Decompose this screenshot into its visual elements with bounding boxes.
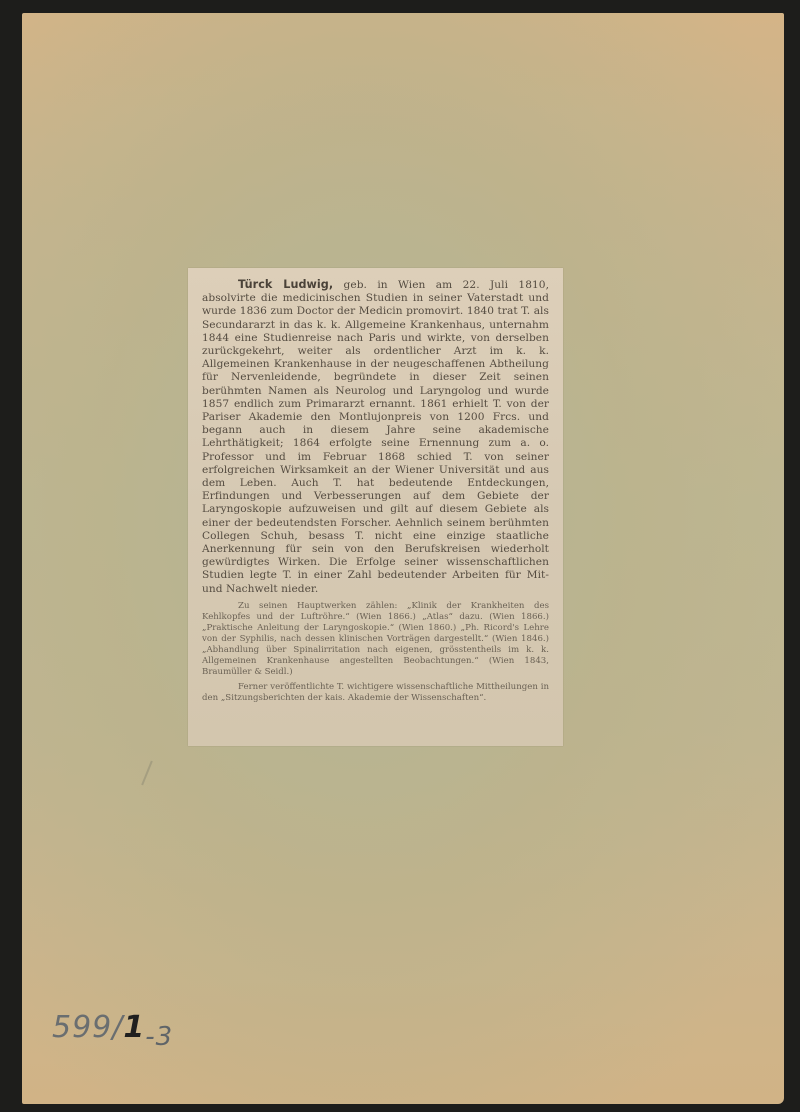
name-heading: Türck Ludwig, (238, 278, 333, 291)
biography-paragraph: Türck Ludwig, geb. in Wien am 22. Juli 1… (202, 278, 549, 596)
catalog-number-suffix: -3 (145, 1022, 173, 1052)
further-publications-paragraph: Ferner veröffentlichte T. wichtigere wis… (202, 682, 549, 704)
catalog-number-ink: 1 (123, 1010, 145, 1045)
catalog-number-pencil: 599/ (52, 1010, 123, 1045)
main-works-paragraph: Zu seinen Hauptwerken zählen: „Klinik de… (202, 601, 549, 678)
biography-text: geb. in Wien am 22. Juli 1810, absolvirt… (202, 279, 549, 595)
handwritten-catalog-number: 599/1-3 (52, 1010, 173, 1045)
newspaper-clipping: Türck Ludwig, geb. in Wien am 22. Juli 1… (188, 268, 563, 746)
